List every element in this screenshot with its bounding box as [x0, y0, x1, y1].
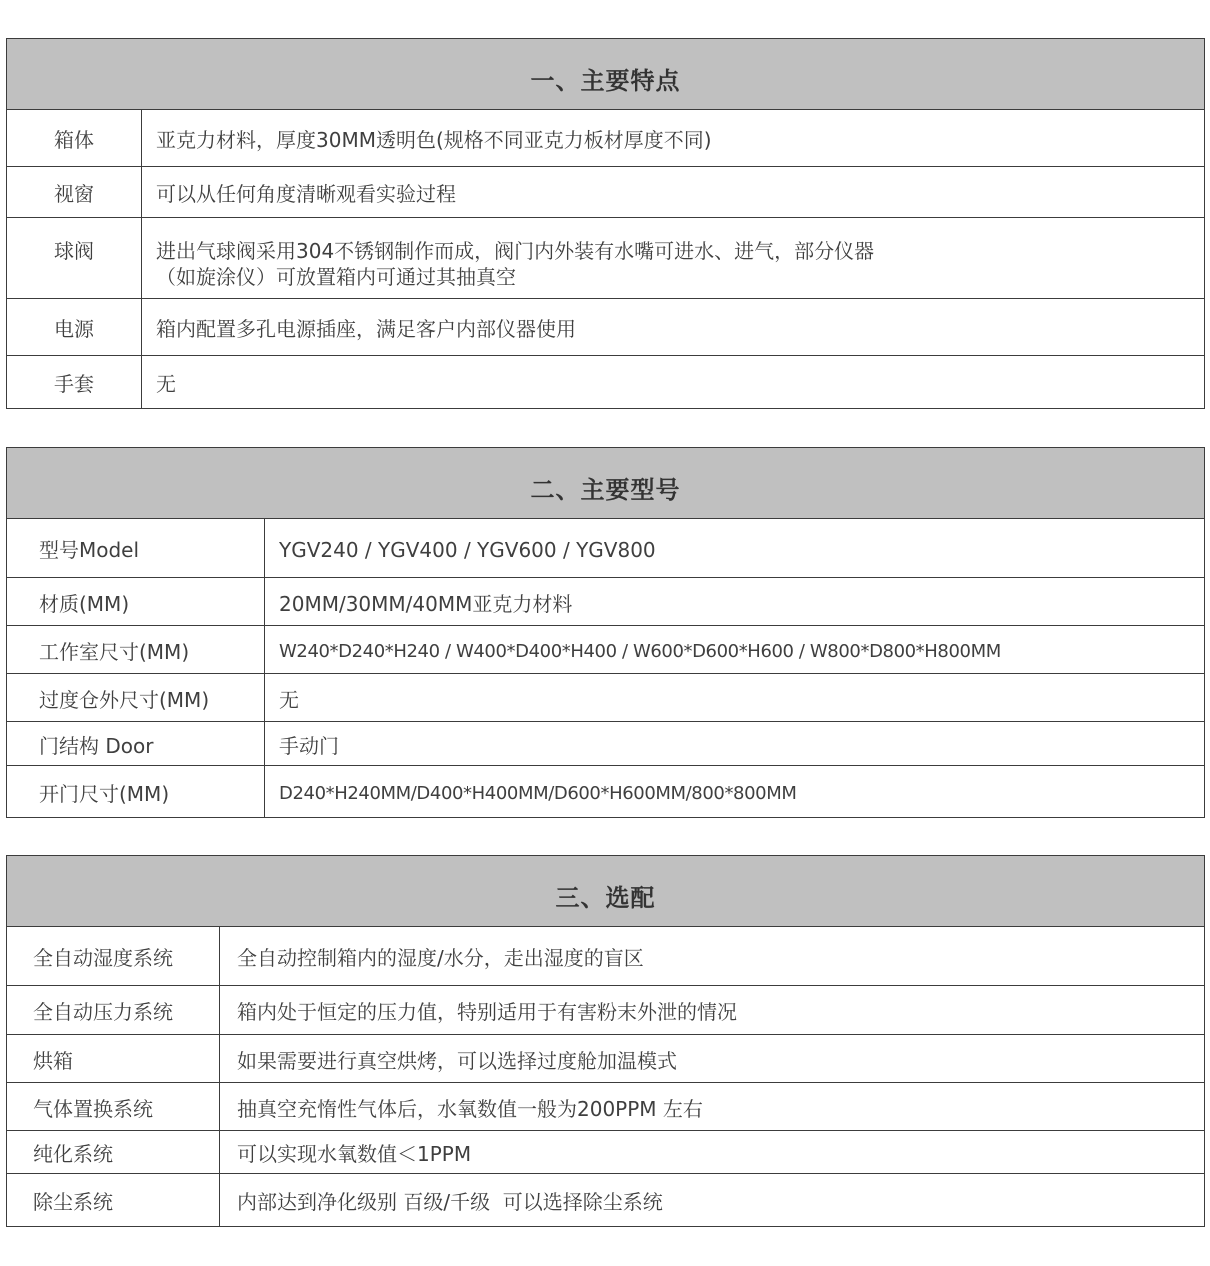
row-value: 抽真空充惰性气体后，水氧数值一般为200PPM 左右	[220, 1083, 1205, 1131]
table-row: 视窗 可以从任何角度清晰观看实验过程	[7, 167, 1205, 218]
row-value: 如果需要进行真空烘烤，可以选择过度舱加温模式	[220, 1035, 1205, 1083]
row-label: 纯化系统	[7, 1131, 220, 1174]
row-label: 工作室尺寸(MM)	[7, 626, 265, 674]
features-table: 一、主要特点 箱体 亚克力材料，厚度30MM透明色(规格不同亚克力板材厚度不同)…	[6, 38, 1205, 409]
row-label: 球阀	[7, 218, 142, 299]
table-row: 纯化系统 可以实现水氧数值＜1PPM	[7, 1131, 1205, 1174]
row-value: 全自动控制箱内的湿度/水分，走出湿度的盲区	[220, 927, 1205, 986]
row-value: 箱内配置多孔电源插座，满足客户内部仪器使用	[142, 299, 1205, 356]
row-value-line: （如旋涂仪）可放置箱内可通过其抽真空	[156, 264, 1204, 290]
row-value: D240*H240MM/D400*H400MM/D600*H600MM/800*…	[265, 766, 1205, 818]
row-value: YGV240 / YGV400 / YGV600 / YGV800	[265, 519, 1205, 578]
table-row: 全自动湿度系统 全自动控制箱内的湿度/水分，走出湿度的盲区	[7, 927, 1205, 986]
row-value: 亚克力材料，厚度30MM透明色(规格不同亚克力板材厚度不同)	[142, 110, 1205, 167]
row-label: 气体置换系统	[7, 1083, 220, 1131]
row-label: 过度仓外尺寸(MM)	[7, 674, 265, 722]
row-value: 无	[142, 356, 1205, 409]
table-row: 箱体 亚克力材料，厚度30MM透明色(规格不同亚克力板材厚度不同)	[7, 110, 1205, 167]
table-row: 开门尺寸(MM) D240*H240MM/D400*H400MM/D600*H6…	[7, 766, 1205, 818]
table-row: 工作室尺寸(MM) W240*D240*H240 / W400*D400*H40…	[7, 626, 1205, 674]
row-label: 材质(MM)	[7, 578, 265, 626]
table-row: 手套 无	[7, 356, 1205, 409]
row-value: 无	[265, 674, 1205, 722]
table-row: 门结构 Door 手动门	[7, 722, 1205, 766]
row-label: 开门尺寸(MM)	[7, 766, 265, 818]
row-label: 烘箱	[7, 1035, 220, 1083]
row-value: 可以实现水氧数值＜1PPM	[220, 1131, 1205, 1174]
table-row: 烘箱 如果需要进行真空烘烤，可以选择过度舱加温模式	[7, 1035, 1205, 1083]
row-label: 全自动压力系统	[7, 986, 220, 1035]
row-value: 可以从任何角度清晰观看实验过程	[142, 167, 1205, 218]
row-label: 手套	[7, 356, 142, 409]
table-row: 球阀 进出气球阀采用304不锈钢制作而成，阀门内外装有水嘴可进水、进气，部分仪器…	[7, 218, 1205, 299]
models-table: 二、主要型号 型号Model YGV240 / YGV400 / YGV600 …	[6, 447, 1205, 818]
section-title-models: 二、主要型号	[7, 448, 1205, 519]
table-row: 气体置换系统 抽真空充惰性气体后，水氧数值一般为200PPM 左右	[7, 1083, 1205, 1131]
table-row: 电源 箱内配置多孔电源插座，满足客户内部仪器使用	[7, 299, 1205, 356]
row-label: 电源	[7, 299, 142, 356]
row-value: 20MM/30MM/40MM亚克力材料	[265, 578, 1205, 626]
row-value: 手动门	[265, 722, 1205, 766]
row-value: W240*D240*H240 / W400*D400*H400 / W600*D…	[265, 626, 1205, 674]
row-label: 除尘系统	[7, 1174, 220, 1227]
row-value: 箱内处于恒定的压力值，特别适用于有害粉末外泄的情况	[220, 986, 1205, 1035]
row-label: 视窗	[7, 167, 142, 218]
table-row: 型号Model YGV240 / YGV400 / YGV600 / YGV80…	[7, 519, 1205, 578]
row-label: 箱体	[7, 110, 142, 167]
row-value: 内部达到净化级别 百级/千级 可以选择除尘系统	[220, 1174, 1205, 1227]
table-row: 全自动压力系统 箱内处于恒定的压力值，特别适用于有害粉末外泄的情况	[7, 986, 1205, 1035]
row-value: 进出气球阀采用304不锈钢制作而成，阀门内外装有水嘴可进水、进气，部分仪器 （如…	[142, 218, 1205, 299]
row-label: 门结构 Door	[7, 722, 265, 766]
row-label: 型号Model	[7, 519, 265, 578]
table-row: 过度仓外尺寸(MM) 无	[7, 674, 1205, 722]
table-row: 除尘系统 内部达到净化级别 百级/千级 可以选择除尘系统	[7, 1174, 1205, 1227]
options-table: 三、选配 全自动湿度系统 全自动控制箱内的湿度/水分，走出湿度的盲区 全自动压力…	[6, 855, 1205, 1227]
section-title-features: 一、主要特点	[7, 39, 1205, 110]
section-title-options: 三、选配	[7, 856, 1205, 927]
row-value-line: 进出气球阀采用304不锈钢制作而成，阀门内外装有水嘴可进水、进气，部分仪器	[156, 238, 1204, 264]
table-row: 材质(MM) 20MM/30MM/40MM亚克力材料	[7, 578, 1205, 626]
row-label: 全自动湿度系统	[7, 927, 220, 986]
